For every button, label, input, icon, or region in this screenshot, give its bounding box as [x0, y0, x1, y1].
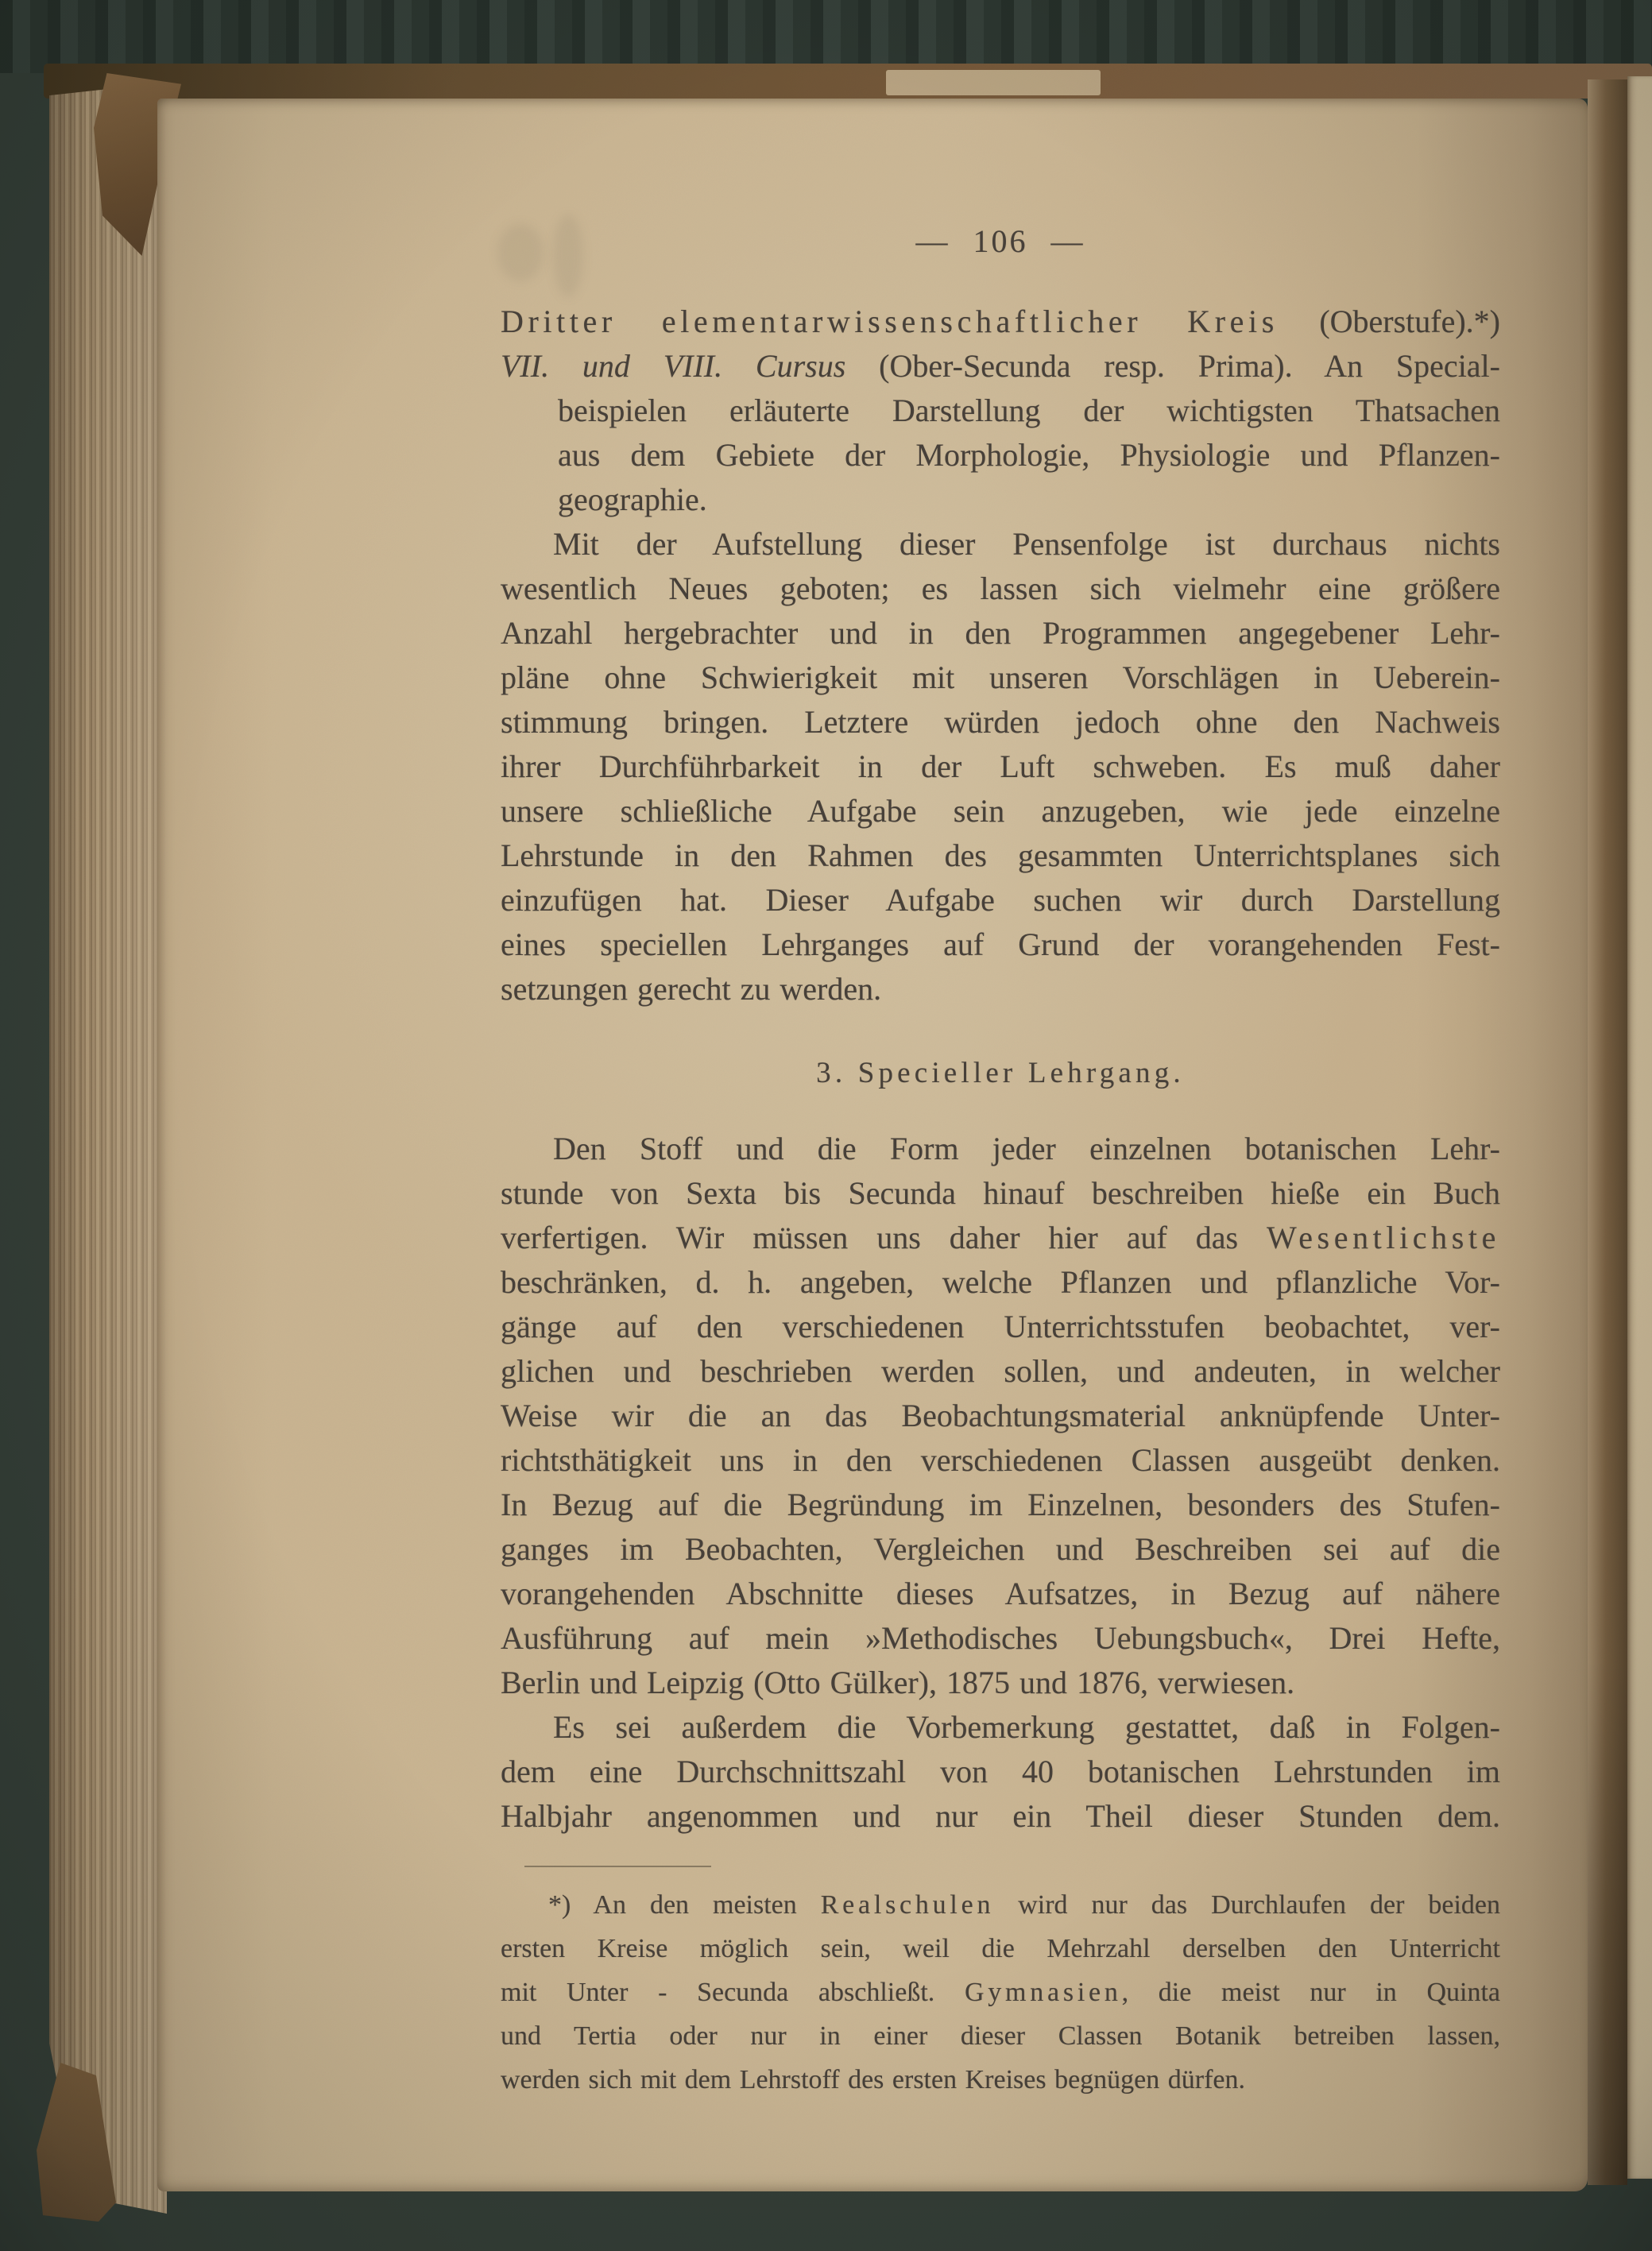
text-line: mit Unter - Secunda abschließt. Gymnasie… [501, 1971, 1500, 2014]
text-segment: Es sei außerdem die Vorbemerkung gestatt… [553, 1709, 1500, 1745]
text-line: Halbjahr angenommen und nur ein Theil di… [501, 1794, 1500, 1839]
book-cover-top-edge [0, 0, 1652, 73]
text-line: stimmung bringen. Letztere würden jedoch… [501, 700, 1500, 745]
text-segment: Weise wir die an das Beobachtungsmateria… [501, 1398, 1500, 1433]
footnote-rule [524, 1866, 711, 1867]
leather-spine-edge [44, 64, 1652, 99]
text-segment: (Ober-Secunda resp. Prima). An Special- [845, 348, 1500, 384]
text-line: ganges im Beobachten, Vergleichen und Be… [501, 1527, 1500, 1572]
gutter-shadow [1588, 79, 1627, 2185]
text-line: beispielen erläuterte Darstellung der wi… [558, 389, 1500, 433]
text-line: stunde von Sexta bis Secunda hinauf besc… [501, 1171, 1500, 1216]
text-segment: wesentlich Neues geboten; es lassen sich… [501, 570, 1500, 606]
text-segment: richtsthätigkeit uns in den verschiedene… [501, 1442, 1500, 1478]
text-line: richtsthätigkeit uns in den verschiedene… [501, 1438, 1500, 1483]
text-segment: geographie. [558, 482, 707, 517]
text-segment: Anzahl hergebrachter und in den Programm… [501, 615, 1500, 651]
text-segment: gänge auf den verschiedenen Unterrichtss… [501, 1309, 1500, 1344]
text-line: unsere schließliche Aufgabe sein anzugeb… [501, 789, 1500, 833]
text-line: Weise wir die an das Beobachtungsmateria… [501, 1394, 1500, 1438]
text-line: In Bezug auf die Begründung im Einzelnen… [501, 1483, 1500, 1527]
text-line: glichen und beschrieben werden sollen, u… [501, 1349, 1500, 1394]
opening-paragraph: Dritter elementarwissenschaftlicher Krei… [501, 300, 1500, 522]
text-segment: glichen und beschrieben werden sollen, u… [501, 1353, 1500, 1389]
paragraph-2: Den Stoff und die Form jeder einzelnen b… [501, 1127, 1500, 1705]
page-number: — 106 — [501, 222, 1500, 260]
paragraph-3: Es sei außerdem die Vorbemerkung gestatt… [501, 1705, 1500, 1839]
letterspaced-text: Dritter elementarwissenschaftlicher Krei… [501, 304, 1279, 339]
book-scan: — 106 — Dritter elementarwissenschaftlic… [0, 0, 1652, 2251]
letterspaced-text: Wesentlichste [1267, 1220, 1500, 1255]
text-segment: In Bezug auf die Begründung im Einzelnen… [501, 1487, 1500, 1522]
text-segment: Den Stoff und die Form jeder einzelnen b… [553, 1131, 1500, 1166]
text-segment: ganges im Beobachten, Vergleichen und Be… [501, 1531, 1500, 1567]
text-segment: dem eine Durchschnittszahl von 40 botani… [501, 1754, 1500, 1789]
text-segment: ihrer Durchführbarkeit in der Luft schwe… [501, 748, 1500, 784]
text-segment: stimmung bringen. Letztere würden jedoch… [501, 704, 1500, 740]
text-line: beschränken, d. h. angeben, welche Pflan… [501, 1260, 1500, 1305]
text-line: dem eine Durchschnittszahl von 40 botani… [501, 1750, 1500, 1794]
text-segment: Lehrstunde in den Rahmen des gesammten U… [501, 837, 1500, 873]
text-segment: vorangehenden Abschnitte dieses Aufsatze… [501, 1576, 1500, 1611]
text-line: aus dem Gebiete der Morphologie, Physiol… [558, 433, 1500, 478]
text-segment: beispielen erläuterte Darstellung der wi… [558, 393, 1500, 428]
text-line: pläne ohne Schwierigkeit mit unseren Vor… [501, 656, 1500, 700]
text-line: eines speciellen Lehrganges auf Grund de… [501, 922, 1500, 967]
section-heading: 3. Specieller Lehrgang. [501, 1056, 1500, 1090]
text-segment: aus dem Gebiete der Morphologie, Physiol… [558, 437, 1500, 473]
text-segment: mit Unter - Secunda abschließt. [501, 1978, 965, 2007]
text-segment: Ausführung auf mein »Methodisches Uebung… [501, 1620, 1500, 1656]
text-segment: pläne ohne Schwierigkeit mit unseren Vor… [501, 659, 1500, 695]
text-segment: Berlin und Leipzig (Otto Gülker), 1875 u… [501, 1665, 1294, 1700]
text-line: wesentlich Neues geboten; es lassen sich… [501, 567, 1500, 611]
letterspaced-text: Gymnasien [965, 1978, 1122, 2007]
text-segment: ersten Kreise möglich sein, weil die Meh… [501, 1934, 1500, 1963]
letterspaced-text: Realschulen [821, 1890, 995, 1920]
text-line: geographie. [558, 478, 1500, 522]
text-segment: stunde von Sexta bis Secunda hinauf besc… [501, 1175, 1500, 1211]
text-line: Den Stoff und die Form jeder einzelnen b… [501, 1127, 1500, 1171]
text-line: Mit der Aufstellung dieser Pensenfolge i… [501, 522, 1500, 567]
book-page: — 106 — Dritter elementarwissenschaftlic… [157, 99, 1588, 2191]
torn-cover-paper-patch [886, 70, 1101, 95]
text-segment: (Oberstufe).*) [1279, 304, 1500, 339]
text-line: Dritter elementarwissenschaftlicher Krei… [501, 300, 1500, 344]
text-line: und Tertia oder nur in einer dieser Clas… [501, 2014, 1500, 2058]
text-line: vorangehenden Abschnitte dieses Aufsatze… [501, 1572, 1500, 1616]
text-line: Anzahl hergebrachter und in den Programm… [501, 611, 1500, 656]
footnote: *) An den meisten Realschulen wird nur d… [501, 1883, 1500, 2102]
italic-text: VII. und VIII. Cursus [501, 348, 845, 384]
text-segment: Halbjahr angenommen und nur ein Theil di… [501, 1798, 1500, 1834]
text-segment: setzungen gerecht zu werden. [501, 971, 881, 1007]
text-line: ersten Kreise möglich sein, weil die Meh… [501, 1927, 1500, 1971]
text-line: einzufügen hat. Dieser Aufgabe suchen wi… [501, 878, 1500, 922]
text-segment: eines speciellen Lehrganges auf Grund de… [501, 926, 1500, 962]
stacked-page-edges [49, 83, 167, 2214]
text-line: verfertigen. Wir müssen uns daher hier a… [501, 1216, 1500, 1260]
text-line: Berlin und Leipzig (Otto Gülker), 1875 u… [501, 1661, 1500, 1705]
text-segment: unsere schließliche Aufgabe sein anzugeb… [501, 793, 1500, 829]
text-line: gänge auf den verschiedenen Unterrichtss… [501, 1305, 1500, 1349]
page-content: — 106 — Dritter elementarwissenschaftlic… [501, 222, 1500, 2102]
text-line: Lehrstunde in den Rahmen des gesammten U… [501, 833, 1500, 878]
text-line: Es sei außerdem die Vorbemerkung gestatt… [501, 1705, 1500, 1750]
text-line: setzungen gerecht zu werden. [501, 967, 1500, 1011]
text-segment: verfertigen. Wir müssen uns daher hier a… [501, 1220, 1267, 1255]
paragraph-1: Mit der Aufstellung dieser Pensenfolge i… [501, 522, 1500, 1011]
next-page-sliver [1627, 76, 1652, 2179]
text-segment: einzufügen hat. Dieser Aufgabe suchen wi… [501, 882, 1500, 918]
text-line: Ausführung auf mein »Methodisches Uebung… [501, 1616, 1500, 1661]
text-segment: werden sich mit dem Lehrstoff des ersten… [501, 2065, 1245, 2094]
text-line: werden sich mit dem Lehrstoff des ersten… [501, 2058, 1500, 2102]
text-segment: beschränken, d. h. angeben, welche Pflan… [501, 1264, 1500, 1300]
text-segment: *) An den meisten [548, 1890, 821, 1920]
text-segment: Mit der Aufstellung dieser Pensenfolge i… [553, 526, 1500, 562]
text-segment: , die meist nur in Quinta [1122, 1978, 1500, 2007]
text-line: *) An den meisten Realschulen wird nur d… [501, 1883, 1500, 1927]
text-line: ihrer Durchführbarkeit in der Luft schwe… [501, 745, 1500, 789]
text-segment: und Tertia oder nur in einer dieser Clas… [501, 2021, 1500, 2051]
text-segment: wird nur das Durchlaufen der beiden [994, 1890, 1500, 1920]
text-line: VII. und VIII. Cursus (Ober-Secunda resp… [501, 344, 1500, 389]
